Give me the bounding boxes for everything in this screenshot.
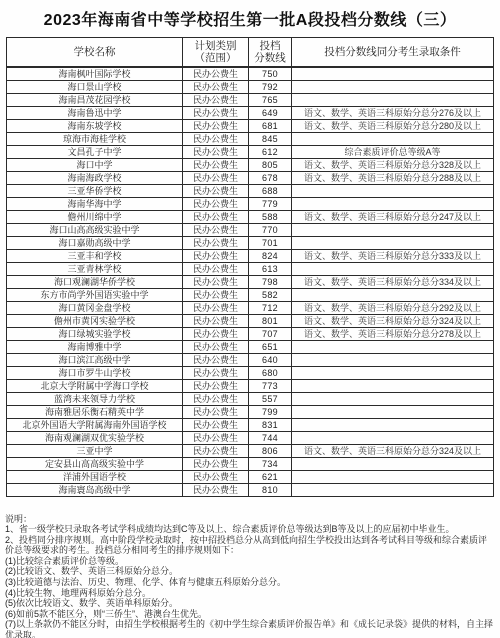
school-name-cell: 海南寰岛高级中学 [7,483,183,496]
plan-category-cell: 民办公费生 [183,184,249,197]
note-line: 2、投档同分排序规则。高中阶段学校录取时，按中招投档总分从高到低向招生学校投出达… [5,535,495,556]
table-row: 海南观澜湖双优实验学校民办公费生744 [7,431,494,444]
column-header-school-label: 学校名称 [7,46,182,58]
score-cell: 612 [249,145,292,158]
condition-cell: 语文、数学、英语三科原始分总分328及以上 [292,158,494,171]
table-row: 海南鲁迅中学民办公费生649语文、数学、英语三科原始分总分276及以上 [7,106,494,119]
table-row: 海口观澜湖华侨学校民办公费生798语文、数学、英语三科原始分总分334及以上 [7,275,494,288]
condition-cell [292,392,494,405]
table-row: 文昌孔子中学民办公费生612综合素质评价总等级A等 [7,145,494,158]
score-cell: 734 [249,457,292,470]
school-name-cell: 三亚青林学校 [7,262,183,275]
condition-cell [292,197,494,210]
school-name-cell: 三亚中学 [7,444,183,457]
table-row: 海南海政学校民办公费生678语文、数学、英语三科原始分总分288及以上 [7,171,494,184]
admission-score-table: 学校名称 计划类别 （范围） 投档 分数线 投档分数线同分考生录取条件 海南枫叶… [6,37,494,497]
plan-category-cell: 民办公费生 [183,392,249,405]
score-cell: 801 [249,314,292,327]
score-label-line1: 投档 [249,40,291,52]
plan-category-cell: 民办公费生 [183,327,249,340]
score-cell: 750 [249,67,292,81]
score-cell: 824 [249,249,292,262]
school-name-cell: 海口市罗牛山学校 [7,366,183,379]
score-cell: 557 [249,392,292,405]
condition-cell [292,67,494,81]
plan-category-cell: 民办公费生 [183,210,249,223]
note-line: (7)以上条款仍不能区分时，由招生学校根据考生的《初中学生综合素质评价报告单》和… [5,619,495,638]
score-cell: 640 [249,353,292,366]
column-header-condition: 投档分数线同分考生录取条件 [292,38,494,67]
plan-category-cell: 民办公费生 [183,483,249,496]
score-cell: 613 [249,262,292,275]
table-row: 三亚青林学校民办公费生613 [7,262,494,275]
score-cell: 805 [249,158,292,171]
column-header-plan-category: 计划类别 （范围） [183,38,249,67]
condition-cell: 语文、数学、英语三科原始分总分278及以上 [292,327,494,340]
school-name-cell: 三亚华侨学校 [7,184,183,197]
condition-cell: 语文、数学、英语三科原始分总分276及以上 [292,106,494,119]
school-name-cell: 海南观澜湖双优实验学校 [7,431,183,444]
note-line: 1、省一级学校只录取各考试学科成绩均达到C等及以上、综合素质评价总等级达到B等及… [5,524,495,535]
plan-category-cell: 民办公费生 [183,405,249,418]
condition-cell [292,262,494,275]
table-row: 定安县山高高级实验中学民办公费生734 [7,457,494,470]
school-name-cell: 海南雅居乐衡石精英中学 [7,405,183,418]
table-row: 海南博雅中学民办公费生651 [7,340,494,353]
condition-cell [292,340,494,353]
school-name-cell: 海南昌茂花园学校 [7,93,183,106]
condition-cell [292,431,494,444]
note-line: (2)比较语文、数学、英语三科原始分总分。 [5,566,495,577]
plan-category-cell: 民办公费生 [183,119,249,132]
condition-cell: 语文、数学、英语三科原始分总分324及以上 [292,444,494,457]
score-label-line2: 分数线 [249,52,291,64]
school-name-cell: 北京大学附属中学海口学校 [7,379,183,392]
plan-category-cell: 民办公费生 [183,67,249,81]
school-name-cell: 海口嘉勋高级中学 [7,236,183,249]
score-cell: 770 [249,223,292,236]
score-cell: 707 [249,327,292,340]
condition-cell [292,418,494,431]
table-row: 海口绿城实验学校民办公费生707语文、数学、英语三科原始分总分278及以上 [7,327,494,340]
condition-cell: 语文、数学、英语三科原始分总分280及以上 [292,119,494,132]
condition-cell [292,80,494,93]
plan-category-cell: 民办公费生 [183,93,249,106]
score-cell: 688 [249,184,292,197]
plan-category-label-line2: （范围） [183,52,248,64]
table-row: 琼海市海桂学校民办公费生845 [7,132,494,145]
table-row: 三亚华侨学校民办公费生688 [7,184,494,197]
table-row: 海南寰岛高级中学民办公费生810 [7,483,494,496]
plan-category-cell: 民办公费生 [183,171,249,184]
note-line: (1)比较综合素质评价总等级。 [5,556,495,567]
condition-cell [292,470,494,483]
table-row: 东方市尚学外国语实验中学民办公费生582 [7,288,494,301]
plan-category-cell: 民办公费生 [183,132,249,145]
school-name-cell: 海南华海中学 [7,197,183,210]
school-name-cell: 东方市尚学外国语实验中学 [7,288,183,301]
plan-category-cell: 民办公费生 [183,457,249,470]
table-row: 海口市罗牛山学校民办公费生680 [7,366,494,379]
condition-cell: 语文、数学、英语三科原始分总分334及以上 [292,275,494,288]
table-row: 北京大学附属中学海口学校民办公费生773 [7,379,494,392]
score-cell: 621 [249,470,292,483]
score-cell: 792 [249,80,292,93]
table-row: 海口黄冈金盘学校民办公费生712语文、数学、英语三科原始分总分292及以上 [7,301,494,314]
note-line: (5)依次比较语文、数学、英语单科原始分。 [5,598,495,609]
school-name-cell: 海口绿城实验学校 [7,327,183,340]
plan-category-cell: 民办公费生 [183,470,249,483]
plan-category-cell: 民办公费生 [183,379,249,392]
condition-cell [292,366,494,379]
plan-category-cell: 民办公费生 [183,236,249,249]
school-name-cell: 儋州市黄冈实验学校 [7,314,183,327]
plan-category-cell: 民办公费生 [183,275,249,288]
table-row: 海南华海中学民办公费生779 [7,197,494,210]
table-row: 海口山高高级实验中学民办公费生770 [7,223,494,236]
table-row: 三亚丰和学校民办公费生824语文、数学、英语三科原始分总分333及以上 [7,249,494,262]
page-title: 2023年海南省中等学校招生第一批A段投档分数线（三） [0,7,500,30]
condition-cell [292,483,494,496]
score-cell: 798 [249,275,292,288]
score-cell: 810 [249,483,292,496]
condition-cell [292,236,494,249]
school-name-cell: 海南鲁迅中学 [7,106,183,119]
school-name-cell: 洋浦外国语学校 [7,470,183,483]
school-name-cell: 海南东坡学校 [7,119,183,132]
table-row: 三亚中学民办公费生806语文、数学、英语三科原始分总分324及以上 [7,444,494,457]
condition-cell: 语文、数学、英语三科原始分总分247及以上 [292,210,494,223]
notes-label: 说明： [5,514,495,525]
score-cell: 744 [249,431,292,444]
condition-cell [292,288,494,301]
score-cell: 712 [249,301,292,314]
plan-category-cell: 民办公费生 [183,366,249,379]
column-header-school: 学校名称 [7,38,183,67]
score-cell: 779 [249,197,292,210]
condition-cell [292,184,494,197]
school-name-cell: 儋州川绵中学 [7,210,183,223]
condition-cell: 综合素质评价总等级A等 [292,145,494,158]
school-name-cell: 海口景山学校 [7,80,183,93]
plan-category-cell: 民办公费生 [183,145,249,158]
school-name-cell: 定安县山高高级实验中学 [7,457,183,470]
school-name-cell: 海口中学 [7,158,183,171]
score-cell: 651 [249,340,292,353]
school-name-cell: 海口山高高级实验中学 [7,223,183,236]
table-header-row: 学校名称 计划类别 （范围） 投档 分数线 投档分数线同分考生录取条件 [7,38,494,67]
score-cell: 806 [249,444,292,457]
score-cell: 649 [249,106,292,119]
score-cell: 681 [249,119,292,132]
notes-section: 说明： 1、省一级学校只录取各考试学科成绩均达到C等及以上、综合素质评价总等级达… [5,514,495,638]
score-cell: 799 [249,405,292,418]
score-table-body: 海南枫叶国际学校民办公费生750海口景山学校民办公费生792海南昌茂花园学校民办… [7,67,494,497]
condition-cell [292,93,494,106]
plan-category-cell: 民办公费生 [183,223,249,236]
plan-category-cell: 民办公费生 [183,431,249,444]
plan-category-cell: 民办公费生 [183,353,249,366]
table-row: 海南枫叶国际学校民办公费生750 [7,67,494,81]
score-cell: 582 [249,288,292,301]
table-row: 海南昌茂花园学校民办公费生765 [7,93,494,106]
condition-cell: 语文、数学、英语三科原始分总分292及以上 [292,301,494,314]
plan-category-cell: 民办公费生 [183,197,249,210]
condition-cell: 语文、数学、英语三科原始分总分288及以上 [292,171,494,184]
note-line: (3)比较道德与法治、历史、物理、化学、体育与健康五科原始分总分。 [5,577,495,588]
score-cell: 765 [249,93,292,106]
plan-category-cell: 民办公费生 [183,80,249,93]
table-row: 蓝湾未来领导力学校民办公费生557 [7,392,494,405]
school-name-cell: 海南博雅中学 [7,340,183,353]
school-name-cell: 三亚丰和学校 [7,249,183,262]
table-row: 海南雅居乐衡石精英中学民办公费生799 [7,405,494,418]
score-cell: 680 [249,366,292,379]
plan-category-cell: 民办公费生 [183,262,249,275]
table-row: 海口嘉勋高级中学民办公费生701 [7,236,494,249]
condition-cell [292,132,494,145]
school-name-cell: 海口滨江高级中学 [7,353,183,366]
table-row: 海口中学民办公费生805语文、数学、英语三科原始分总分328及以上 [7,158,494,171]
school-name-cell: 北京外国语大学附属海南外国语学校 [7,418,183,431]
plan-category-cell: 民办公费生 [183,444,249,457]
condition-cell [292,457,494,470]
score-cell: 831 [249,418,292,431]
plan-category-cell: 民办公费生 [183,249,249,262]
note-line: (6)如前5款不能区分，则“三侨生”、港澳台生优先。 [5,609,495,620]
condition-cell [292,379,494,392]
plan-category-cell: 民办公费生 [183,301,249,314]
condition-label: 投档分数线同分考生录取条件 [292,46,493,58]
score-cell: 678 [249,171,292,184]
score-cell: 845 [249,132,292,145]
table-row: 海口景山学校民办公费生792 [7,80,494,93]
score-cell: 588 [249,210,292,223]
plan-category-cell: 民办公费生 [183,340,249,353]
table-row: 北京外国语大学附属海南外国语学校民办公费生831 [7,418,494,431]
plan-category-label-line1: 计划类别 [183,40,248,52]
condition-cell: 语文、数学、英语三科原始分总分324及以上 [292,314,494,327]
condition-cell [292,405,494,418]
document-page: 2023年海南省中等学校招生第一批A段投档分数线（三） 学校名称 计划类别 （范… [0,0,500,638]
plan-category-cell: 民办公费生 [183,288,249,301]
score-cell: 773 [249,379,292,392]
school-name-cell: 海口观澜湖华侨学校 [7,275,183,288]
school-name-cell: 琼海市海桂学校 [7,132,183,145]
notes-lines: 1、省一级学校只录取各考试学科成绩均达到C等及以上、综合素质评价总等级达到B等及… [5,524,495,638]
plan-category-cell: 民办公费生 [183,418,249,431]
condition-cell: 语文、数学、英语三科原始分总分333及以上 [292,249,494,262]
condition-cell [292,353,494,366]
plan-category-cell: 民办公费生 [183,106,249,119]
note-line: (4)比较生物、地理两科原始分总分。 [5,588,495,599]
school-name-cell: 海口黄冈金盘学校 [7,301,183,314]
table-row: 洋浦外国语学校民办公费生621 [7,470,494,483]
condition-cell [292,223,494,236]
score-cell: 701 [249,236,292,249]
plan-category-cell: 民办公费生 [183,314,249,327]
table-row: 海口滨江高级中学民办公费生640 [7,353,494,366]
column-header-score: 投档 分数线 [249,38,292,67]
plan-category-cell: 民办公费生 [183,158,249,171]
table-row: 海南东坡学校民办公费生681语文、数学、英语三科原始分总分280及以上 [7,119,494,132]
school-name-cell: 蓝湾未来领导力学校 [7,392,183,405]
table-row: 儋州川绵中学民办公费生588语文、数学、英语三科原始分总分247及以上 [7,210,494,223]
school-name-cell: 文昌孔子中学 [7,145,183,158]
school-name-cell: 海南枫叶国际学校 [7,67,183,81]
school-name-cell: 海南海政学校 [7,171,183,184]
table-row: 儋州市黄冈实验学校民办公费生801语文、数学、英语三科原始分总分324及以上 [7,314,494,327]
